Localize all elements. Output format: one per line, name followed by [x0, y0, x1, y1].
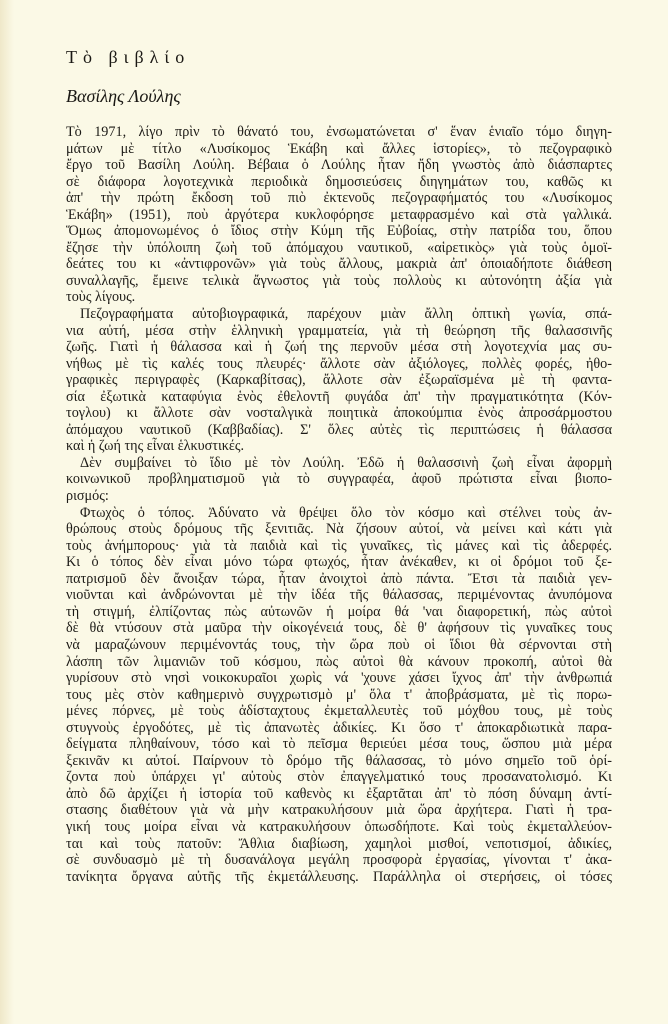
text-line: ται καὶ τοὺς πατοῦν: Ἄθλια διαβίωση, χαμ… — [66, 836, 612, 853]
text-line: δείγματα πληθαίνουν, τόσο καὶ τὸ πεῖσμα … — [66, 736, 612, 753]
text-line: σὲ συνδυασμὸ μὲ τὴ δυσανάλογα μεγάλη προ… — [66, 852, 612, 869]
text-line: νήθως μὲ τὶς καλές τους πλευρές· ἄλλοτε … — [66, 356, 612, 373]
text-line: Κι ὁ τόπος δὲν εἶναι μόνο τώρα φτωχός, ἦ… — [66, 554, 612, 571]
text-line: ἀπόμαχου ναυτικοῦ (Καββαδίας). Σ' ὅλες α… — [66, 422, 612, 439]
author-name: Βασίλης Λούλης — [66, 86, 181, 107]
paragraph: Τὸ 1971, λίγο πρὶν τὸ θάνατό του, ἐνσωμα… — [66, 124, 612, 306]
text-line: στυγνοὺς ἐργοδότες, μὲ τὶς ἀπανωτὲς ἀδικ… — [66, 720, 612, 737]
paragraph: Φτωχὸς ὁ τόπος. Ἀδύνατο νὰ θρέψει ὅλο τὸ… — [66, 505, 612, 886]
text-line: δεάτες του κι «ἀντιφρονῶν» γιὰ τοὺς ἄλλο… — [66, 256, 612, 273]
text-line: τὴ στιγμή, ἐλπίζοντας πὼς αὐτωνῶν ἡ μοίρ… — [66, 604, 612, 621]
body-text: Τὸ 1971, λίγο πρὶν τὸ θάνατό του, ἐνσωμα… — [66, 124, 612, 885]
text-line: γυρίσουν στὸ νησὶ νοικοκυραῖοι χωρὶς νά … — [66, 670, 612, 687]
text-line: νια αὐτή, μέσα στὴν ἑλληνικὴ γραμματεία,… — [66, 323, 612, 340]
text-line: σία ἐξωτικὰ καταφύγια ἑνὸς ἐθελοντῆ φυγά… — [66, 389, 612, 406]
text-line: καὶ ἡ ζωή της εἶναι ἑλκυστικές. — [66, 438, 612, 455]
text-line: νιοῦνται καὶ ἀνδρώνονται μὲ τὴν ἰδέα τῆς… — [66, 587, 612, 604]
text-line: νὰ μαραζώνουν περιμένοντάς τους, τὴν ὥρα… — [66, 637, 612, 654]
text-line: γική τους μοίρα εἶναι νὰ κατρακυλήσουν ὁ… — [66, 819, 612, 836]
text-line: τους μὲς στὸν καθημερινὸ συγχρωτισμὸ μ' … — [66, 687, 612, 704]
text-line: Ἑκάβη» (1951), ποὺ ἀργότερα κυκλοφόρησε … — [66, 207, 612, 224]
text-line: Φτωχὸς ὁ τόπος. Ἀδύνατο νὰ θρέψει ὅλο τὸ… — [66, 505, 612, 522]
text-line: μένες πόρνες, μὲ τοὺς ἀδίσταχτους ἐκμετα… — [66, 703, 612, 720]
text-line: ἀπὸ δῶ ἀρχίζει ἡ ἱστορία τοῦ καθενὸς κι … — [66, 786, 612, 803]
paragraph: Πεζογραφήματα αὐτοβιογραφικά, παρέχουν μ… — [66, 306, 612, 455]
text-line: γραφικὲς περιγραφὲς (Καρκαβίτσας), ἄλλοτ… — [66, 372, 612, 389]
text-line: ξεκινᾶν κι αὐτοί. Παίρνουν τὸ δρόμο τῆς … — [66, 753, 612, 770]
text-line: λάσπη τῶν λιμανιῶν τοῦ κόσμου, πὼς αὐτοὶ… — [66, 654, 612, 671]
text-line: Πεζογραφήματα αὐτοβιογραφικά, παρέχουν μ… — [66, 306, 612, 323]
text-line: ἔζησε τὴν ὑπόλοιπη ζωὴ τοῦ ἀπόμαχου ναυτ… — [66, 240, 612, 257]
text-line: ζωῆς. Γιατὶ ἡ θάλασσα καὶ ἡ ζωή της περν… — [66, 339, 612, 356]
text-line: πατρισμοῦ δὲν ἄνοιξαν τώρα, ἦταν ἀνοιχτο… — [66, 571, 612, 588]
text-line: συναλλαγῆς, ἔμεινε τελικὰ ἄγνωστος γιὰ τ… — [66, 273, 612, 290]
text-line: ἔργο τοῦ Βασίλη Λούλη. Βέβαια ὁ Λούλης ἦ… — [66, 157, 612, 174]
text-line: Δὲν συμβαίνει τὸ ἴδιο μὲ τὸν Λούλη. Ἐδῶ … — [66, 455, 612, 472]
text-line: τανίκητα ὄργανα αὐτῆς τῆς ἐκμετάλλευσης.… — [66, 869, 612, 886]
text-line: μάτων μὲ τίτλο «Λυσίκομος Ἑκάβη καὶ ἄλλε… — [66, 141, 612, 158]
section-heading: Τὸ βιβλίο — [66, 47, 190, 68]
text-line: ζοντα ποὺ ὑπάρχει γι' αὐτοὺς στὸν ἐπαγγε… — [66, 769, 612, 786]
text-line: σὲ διάφορα λογοτεχνικὰ περιοδικὰ δημοσιε… — [66, 174, 612, 191]
text-line: τογλου) κι ἄλλοτε σὰν νοσταλγικὰ ποιητικ… — [66, 405, 612, 422]
text-line: Τὸ 1971, λίγο πρὶν τὸ θάνατό του, ἐνσωμα… — [66, 124, 612, 141]
text-line: ἀπ' τὴν πρώτη ἔκδοση τοῦ πιὸ ἐκτενοῦς πε… — [66, 190, 612, 207]
text-line: τοὺς λίγους. — [66, 289, 612, 306]
page-edge-shadow — [0, 0, 14, 1024]
paragraph: Δὲν συμβαίνει τὸ ἴδιο μὲ τὸν Λούλη. Ἐδῶ … — [66, 455, 612, 505]
text-line: Ὅμως ἀπομονωμένος ὁ ἴδιος στὴν Κύμη τῆς … — [66, 223, 612, 240]
text-line: δὲ θὰ ντύσουν στὰ μαῦρα τὴν οἰκογένειά τ… — [66, 620, 612, 637]
text-line: κοινωνικοῦ προβληματισμοῦ γιὰ τὸ συγγραφ… — [66, 471, 612, 488]
text-line: ρισμός: — [66, 488, 612, 505]
text-line: θρώπους στοὺς δρόμους τῆς ξενιτιᾶς. Νὰ ζ… — [66, 521, 612, 538]
text-line: στασης διαθέτουν γιὰ νὰ μὴν κατρακυλήσου… — [66, 802, 612, 819]
text-line: τοὺς ἀνήμπορους· γιὰ τὰ παιδιὰ καὶ τὶς γ… — [66, 538, 612, 555]
